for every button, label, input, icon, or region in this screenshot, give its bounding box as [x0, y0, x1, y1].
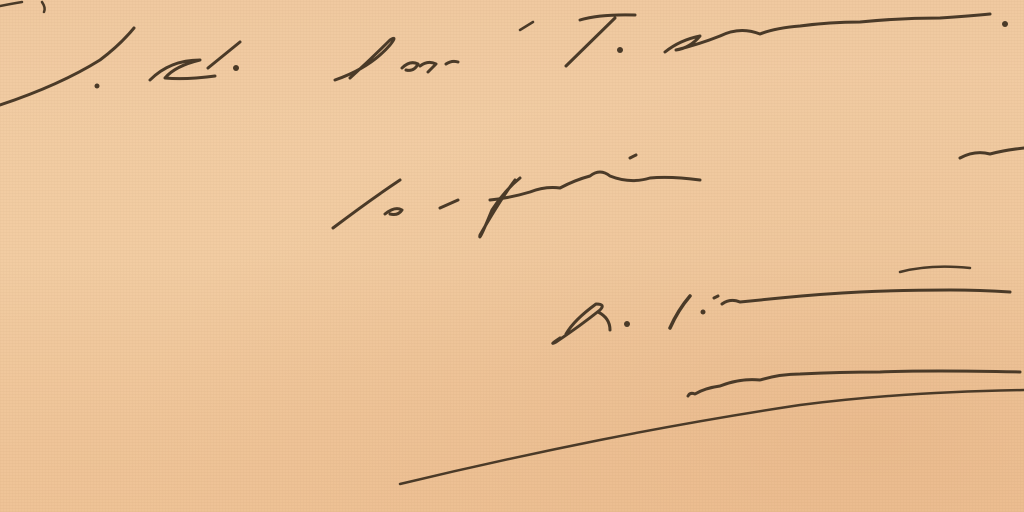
signature-line [553, 267, 1010, 344]
handwriting [0, 0, 1024, 512]
closing-line [333, 148, 1024, 237]
salutation-line [0, 14, 1008, 105]
corner-marks [0, 2, 45, 12]
signature-flourish [400, 371, 1024, 484]
